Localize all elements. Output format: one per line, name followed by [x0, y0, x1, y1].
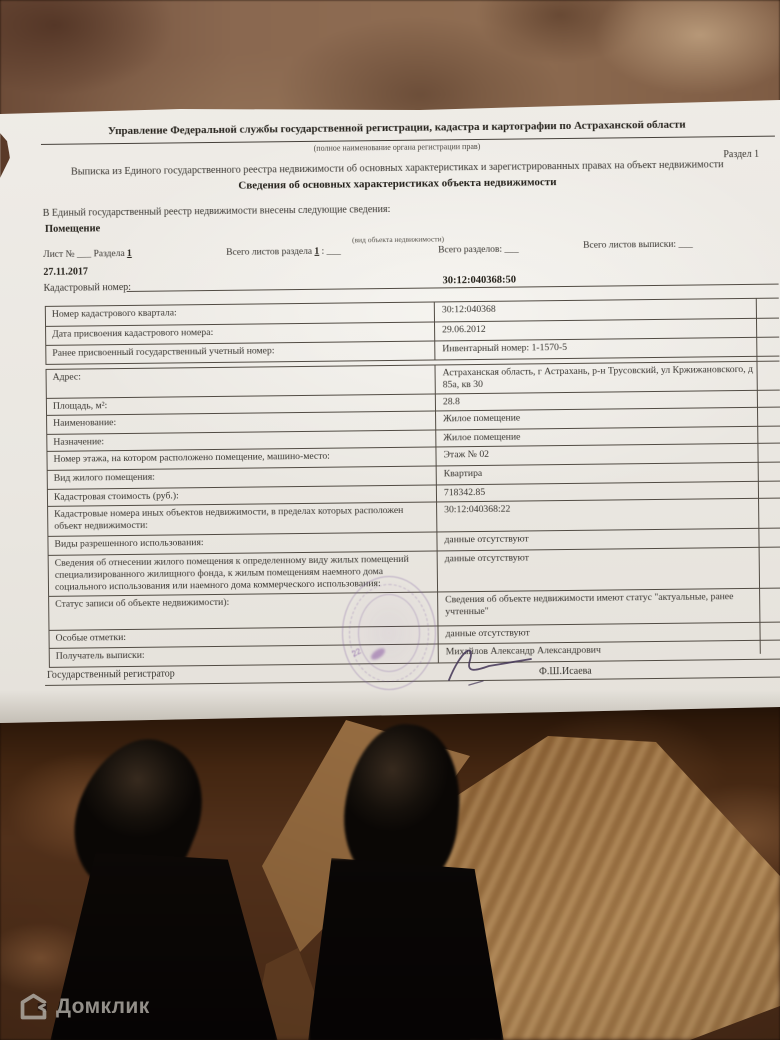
table-row-value: 30:12:040368 [435, 299, 779, 322]
table-row-value: Сведения об объекте недвижимости имеют с… [438, 589, 780, 626]
cadastral-number-label: Кадастровый номер: [44, 282, 132, 294]
table-row-value: данные отсутствуют [438, 548, 780, 592]
domclick-watermark: Домклик [20, 993, 150, 1020]
registration-authority: Управление Федеральной службы государств… [37, 118, 757, 138]
stamp-inner-ring [358, 594, 420, 672]
round-seal-stamp: 22 [330, 566, 450, 700]
total-sections-line: Всего разделов: ___ [438, 245, 519, 256]
table-row-value: Инвентарный номер: 1-1570-5 [435, 338, 779, 360]
registrar-label: Государственный регистратор [47, 668, 175, 680]
table-row-label: Ранее присвоенный государственный учетны… [45, 341, 435, 363]
table-row-value: 30:12:040368:22 [437, 499, 780, 532]
cadastral-number-value: 30:12:040368:50 [442, 275, 516, 287]
intro-line: В Единый государственный реестр недвижим… [43, 204, 391, 219]
domclick-house-icon [20, 993, 47, 1020]
table-row-label: Кадастровые номера иных объектов недвижи… [47, 503, 437, 536]
extract-subtitle: Сведения об основных характеристиках объ… [37, 174, 757, 194]
right-leg [308, 858, 504, 1040]
sheet-number-line: Лист № ___ Раздела 1 [43, 249, 132, 260]
watermark-label: Домклик [56, 995, 150, 1019]
extract-date: 27.11.2017 [43, 266, 88, 278]
object-type: Помещение [45, 223, 100, 235]
registrar-signature [435, 640, 585, 692]
table-row-label: Адрес: [46, 365, 436, 397]
characteristics-table-top: Номер кадастрового квартала: 30:12:04036… [45, 298, 780, 365]
table-row-value: Астраханская область, г Астрахань, р-н Т… [435, 362, 779, 394]
total-sheets-line: Всего листов раздела 1 : ___ [226, 247, 341, 258]
photo-of-document: { "watermark": { "label": "Домклик", "ic… [0, 0, 780, 1040]
total-extract-sheets-line: Всего листов выписки: ___ [583, 240, 693, 251]
